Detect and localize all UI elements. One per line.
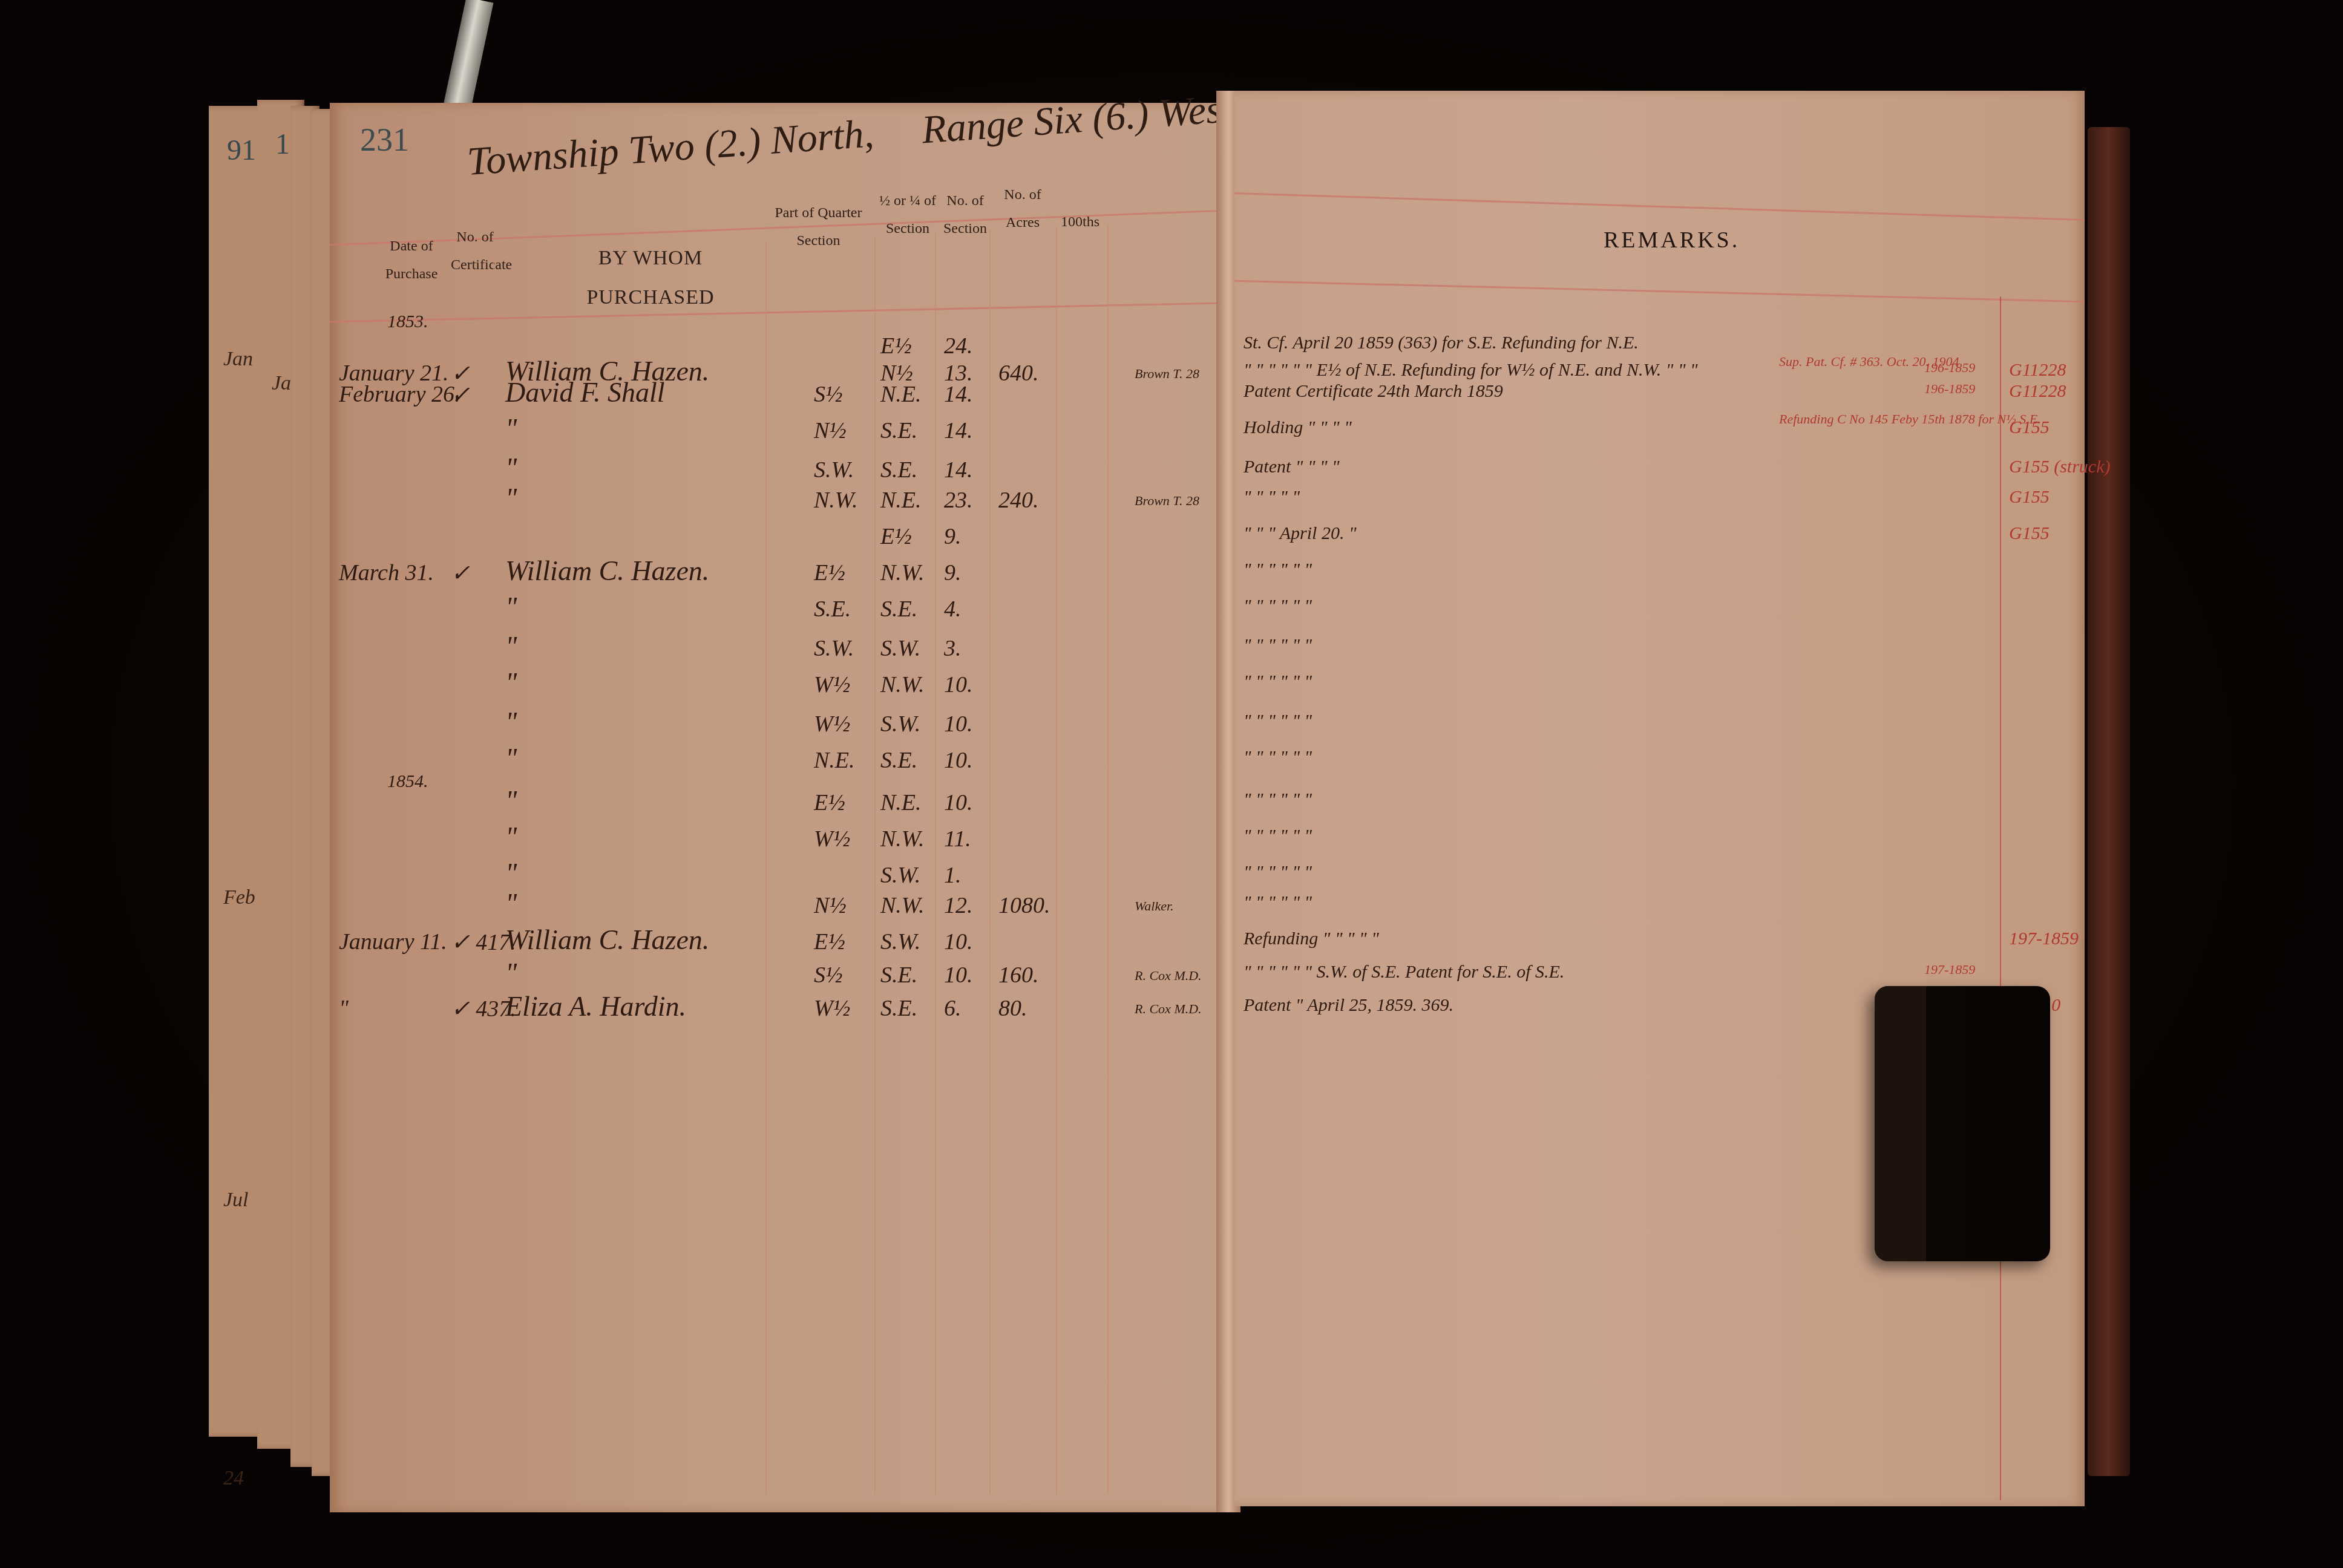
row-certificate: ✓ [451,381,470,408]
row-section: 10. [944,789,973,816]
row-section: 14. [944,417,973,444]
edge-fragment: Jan [223,348,253,371]
row-part-quarter: S½ [814,962,843,988]
row-remark: " " " " " " [1244,892,1312,913]
row-section: 10. [944,711,973,737]
row-code: G155 [2009,523,2050,544]
row-purchaser: " [505,706,517,738]
row-half-quarter: S.E. [880,596,917,622]
row-section: 3. [944,635,962,662]
row-part-quarter: E½ [814,789,845,816]
row-remark: " " " " " " E½ of N.E. Refunding for W½ … [1244,360,1698,381]
col-certificate: No. of Certificate [451,224,499,279]
edge-fragment: Feb [223,886,255,909]
row-purchaser: " [505,591,517,623]
row-remark: " " " " " " [1244,711,1312,731]
row-part-quarter: W½ [814,671,850,698]
row-code: G11228 [2009,381,2066,402]
row-section: 10. [944,962,973,988]
row-section: 10. [944,671,973,698]
row-acres: 160. [998,962,1039,988]
row-part-quarter: N.W. [814,487,858,514]
row-half-quarter: N.E. [880,789,922,816]
edge-page-number: 1 [275,128,290,161]
edge-fragment: Jul [223,1189,249,1212]
row-remark: " " " " " [1244,487,1300,508]
row-half-quarter: S.E. [880,747,917,774]
row-remark: " " " " " " [1244,862,1312,883]
row-part-quarter: S.W. [814,635,854,662]
row-part-quarter: W½ [814,711,850,737]
row-part-quarter: W½ [814,995,850,1022]
row-code: G11228 [2009,360,2066,381]
row-note: Brown T. 28 [1135,493,1199,509]
row-part-quarter: S.E. [814,596,851,622]
row-part-quarter: S.W. [814,457,854,483]
row-reference: 196-1859 [1924,381,1975,397]
row-reference: 197-1859 [1924,962,1975,978]
row-remark: Holding " " " " [1244,417,1352,438]
row-purchaser: William C. Hazen. [505,555,709,587]
row-part-quarter: E½ [814,929,845,955]
ledger-right-page: REMARKS. St. Cf. April 20 1859 (363) for… [1234,91,2085,1506]
edge-fragment: 24 [223,1467,244,1490]
row-remark: " " " " " " [1244,747,1312,768]
row-note: Walker. [1135,898,1174,914]
row-section: 14. [944,381,973,408]
col-purchaser: BY WHOM PURCHASED [536,239,765,317]
header-bottom-rule [330,302,1222,323]
row-purchaser: " [505,413,517,445]
row-date: March 31. [339,560,434,586]
row-part-quarter: N.E. [814,747,855,774]
row-purchaser: " [505,452,517,484]
row-part-quarter: N½ [814,417,847,444]
row-remark: " " " April 20. " [1244,523,1357,544]
row-section: 23. [944,487,973,514]
header-top-rule [1234,192,2084,221]
year-1853: 1853. [387,312,428,332]
row-half-quarter: N.W. [880,560,925,586]
row-purchaser: " [505,887,517,920]
year-1854: 1854. [387,771,428,792]
row-purchaser: " [505,667,517,699]
row-purchaser: " [505,742,517,774]
edge-fragment: Ja [272,372,291,395]
row-section: 9. [944,560,962,586]
row-half-quarter: S.E. [880,417,917,444]
row-purchaser: " [505,957,517,989]
row-half-quarter: S.E. [880,995,917,1022]
page-weight-object [1875,986,2050,1261]
col-100ths: 100ths [1056,209,1104,237]
row-remark: St. Cf. April 20 1859 (363) for S.E. Ref… [1244,333,1639,353]
row-code: 197-1859 [2009,929,2079,949]
row-code: G155 [2009,417,2050,438]
row-note: Brown T. 28 [1135,366,1199,382]
row-section: 11. [944,826,971,852]
edge-page-number: 91 [227,134,256,167]
ledger-left-page: 231 Township Two (2.) North,Range Six (6… [330,103,1222,1512]
row-section: 14. [944,457,973,483]
row-remark: " " " " " " [1244,789,1312,810]
row-half-quarter: N.W. [880,892,925,919]
row-half-quarter: E½ [880,523,912,550]
row-code: G155 (struck) [2009,457,2110,477]
row-purchaser: " [505,630,517,662]
row-remark: " " " " " " [1244,671,1312,692]
row-half-quarter: E½ [880,333,912,359]
row-part-quarter: S½ [814,381,843,408]
row-half-quarter: S.E. [880,457,917,483]
col-date: Date of Purchase [378,233,445,288]
remarks-header: REMARKS. [1604,227,1740,253]
row-date: " [339,995,349,1022]
row-part-quarter: W½ [814,826,850,852]
row-half-quarter: N.E. [880,487,922,514]
row-date: February 26. [339,381,460,408]
col-part-quarter: Part of Quarter Section [765,200,871,255]
row-half-quarter: S.W. [880,711,920,737]
code-column-rule [2000,296,2001,1500]
row-remark: " " " " " " [1244,826,1312,846]
row-section: 10. [944,929,973,955]
township-text: Township Two (2.) North, [466,111,875,184]
row-purchaser: " [505,821,517,853]
row-code: G155 [2009,487,2050,508]
row-half-quarter: N.E. [880,381,922,408]
row-acres: 640. [998,360,1039,387]
col-acres: No. of Acres [992,181,1053,237]
row-note: R. Cox M.D. [1135,968,1202,984]
row-section: 24. [944,333,973,359]
row-remark: Patent " April 25, 1859. 369. [1244,995,1453,1016]
row-remark: " " " " " " [1244,596,1312,616]
row-remark: " " " " " " [1244,560,1312,580]
row-reference: 196-1859 [1924,360,1975,376]
row-purchaser: " [505,482,517,514]
row-half-quarter: S.E. [880,962,917,988]
book-cover-edge [2088,127,2130,1476]
col-half-quarter: ½ or ¼ of Section [877,188,938,243]
col-section: No. of Section [938,188,992,243]
row-purchaser: William C. Hazen. [505,924,709,956]
row-section: 12. [944,892,973,919]
row-half-quarter: S.W. [880,929,920,955]
page-number: 231 [360,121,409,158]
row-date: January 11. [339,929,447,955]
header-bottom-rule [1234,280,2085,302]
row-purchaser: " [505,785,517,817]
row-half-quarter: S.W. [880,862,920,889]
row-note: R. Cox M.D. [1135,1001,1202,1017]
row-remark: " " " " " " [1244,635,1312,656]
row-half-quarter: N.W. [880,826,925,852]
row-part-quarter: N½ [814,892,847,919]
row-purchaser: David F. Shall [505,376,665,408]
row-acres: 240. [998,487,1039,514]
row-remark: Refunding " " " " " [1244,929,1379,949]
row-half-quarter: N.W. [880,671,925,698]
row-section: 10. [944,747,973,774]
row-remark: " " " " " " S.W. of S.E. Patent for S.E.… [1244,962,1564,982]
row-remark: Patent Certificate 24th March 1859 [1244,381,1503,402]
row-section: 1. [944,862,962,889]
row-part-quarter: E½ [814,560,845,586]
row-remark-red: Refunding C No 145 Feby 15th 1878 for N½… [1779,411,2041,427]
row-section: 9. [944,523,962,550]
row-purchaser: Eliza A. Hardin. [505,990,686,1022]
row-remark: Patent " " " " [1244,457,1340,477]
row-section: 4. [944,596,962,622]
row-acres: 1080. [998,892,1050,919]
row-section: 6. [944,995,962,1022]
row-purchaser: " [505,857,517,889]
row-half-quarter: S.W. [880,635,920,662]
row-acres: 80. [998,995,1027,1022]
row-certificate: ✓ [451,560,470,587]
